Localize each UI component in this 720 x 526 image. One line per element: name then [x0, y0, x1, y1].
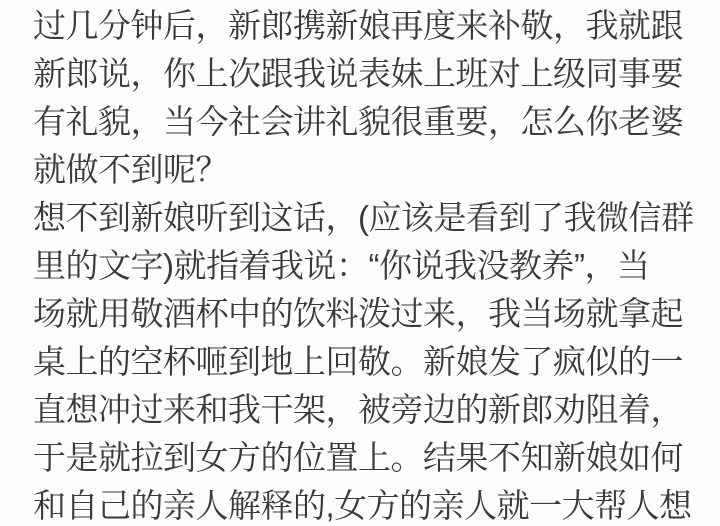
text-line: 场就用敬酒杯中的饮料泼过来，我当场就拿起	[33, 290, 694, 338]
text-line: 里的文字)就指着我说：“你说我没教养”，当	[33, 242, 694, 290]
text-line: 桌上的空杯咂到地上回敬。新娘发了疯似的一	[33, 338, 694, 386]
text-line: 于是就拉到女方的位置上。结果不知新娘如何	[33, 434, 694, 482]
text-line: 就做不到呢？	[33, 146, 694, 194]
text-line: 和自己的亲人解释的,女方的亲人就一大帮人想	[33, 482, 694, 526]
text-line: 直想冲过来和我干架，被旁边的新郎劝阻着，	[33, 386, 694, 434]
text-line: 新郎说，你上次跟我说表妹上班对上级同事要	[33, 50, 694, 98]
screenshot-root: { "page": { "background": "#fdfdfd", "te…	[0, 0, 720, 526]
text-line: 有礼貌，当今社会讲礼貌很重要，怎么你老婆	[33, 98, 694, 146]
text-line: 想不到新娘听到这话，(应该是看到了我微信群	[33, 194, 694, 242]
text-line: 过几分钟后，新郎携新娘再度来补敬，我就跟	[33, 2, 694, 50]
text-document: 过几分钟后，新郎携新娘再度来补敬，我就跟新郎说，你上次跟我说表妹上班对上级同事要…	[0, 0, 720, 526]
text-lines: 过几分钟后，新郎携新娘再度来补敬，我就跟新郎说，你上次跟我说表妹上班对上级同事要…	[33, 2, 694, 526]
